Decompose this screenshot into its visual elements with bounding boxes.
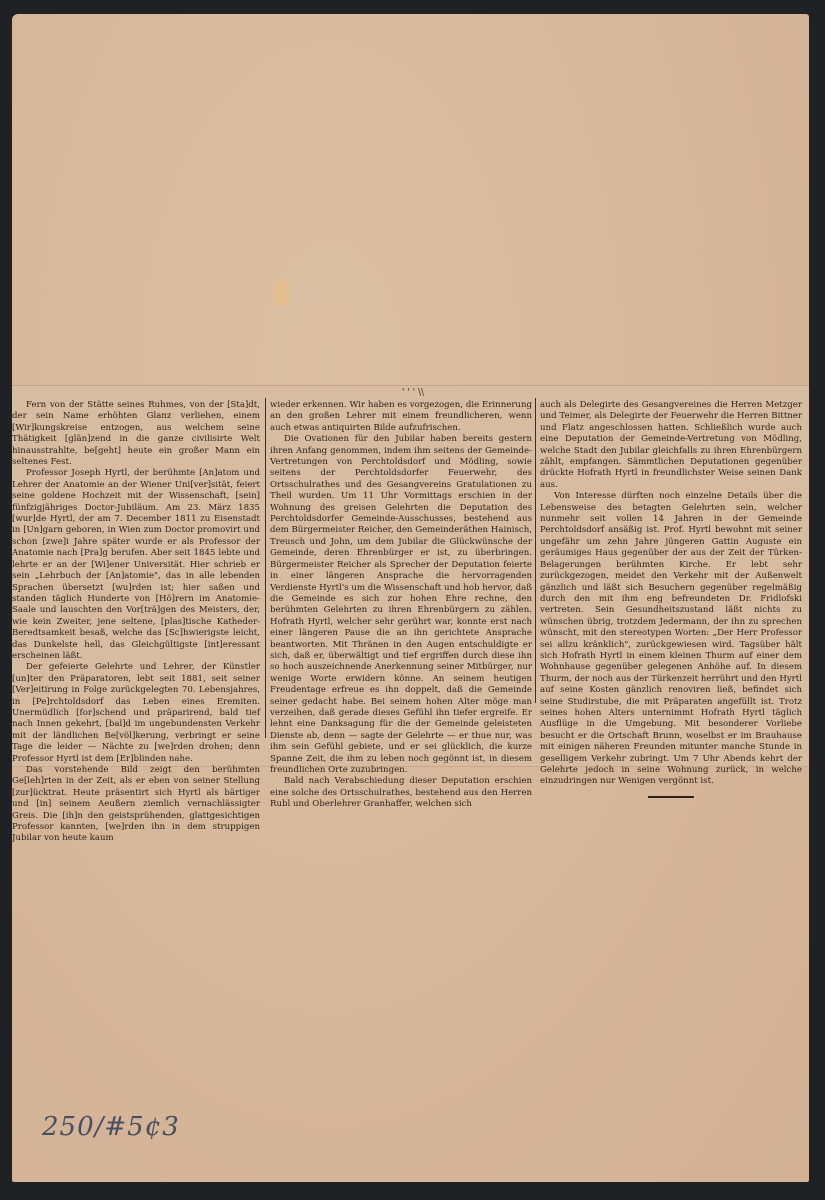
column-2: wieder erkennen. Wir haben es vorgezogen… <box>270 400 532 811</box>
column-1: Fern von der Stätte seines Ruhmes, von d… <box>12 400 260 845</box>
paragraph: Fern von der Stätte seines Ruhmes, von d… <box>12 400 260 468</box>
paragraph: Die Ovationen für den Jubilar haben bere… <box>270 434 532 776</box>
end-rule <box>648 796 694 798</box>
paragraph: Bald nach Verabschiedung dieser Deputati… <box>270 776 532 810</box>
paper-stain <box>274 279 290 307</box>
newspaper-clipping: ' ' ' \\ Fern von der Stätte seines Ruhm… <box>12 385 809 767</box>
paragraph: auch als Delegirte des Gesangvereines di… <box>540 400 802 491</box>
column-divider <box>535 398 536 703</box>
paragraph: Der gefeierte Gelehrte und Lehrer, der K… <box>12 662 260 765</box>
paragraph: Professor Joseph Hyrtl, der berühmte [An… <box>12 468 260 662</box>
handwritten-note: 250/#5¢3 <box>42 1112 180 1142</box>
column-3: auch als Delegirte des Gesangvereines di… <box>540 400 802 798</box>
top-marks: ' ' ' \\ <box>402 388 424 398</box>
column-divider <box>265 398 266 738</box>
paragraph: Das vorstehende Bild zeigt den berühmten… <box>12 765 260 845</box>
paragraph: Von Interesse dürften noch einzelne Deta… <box>540 491 802 788</box>
paragraph: wieder erkennen. Wir haben es vorgezogen… <box>270 400 532 434</box>
document-page: ' ' ' \\ Fern von der Stätte seines Ruhm… <box>12 14 809 1182</box>
